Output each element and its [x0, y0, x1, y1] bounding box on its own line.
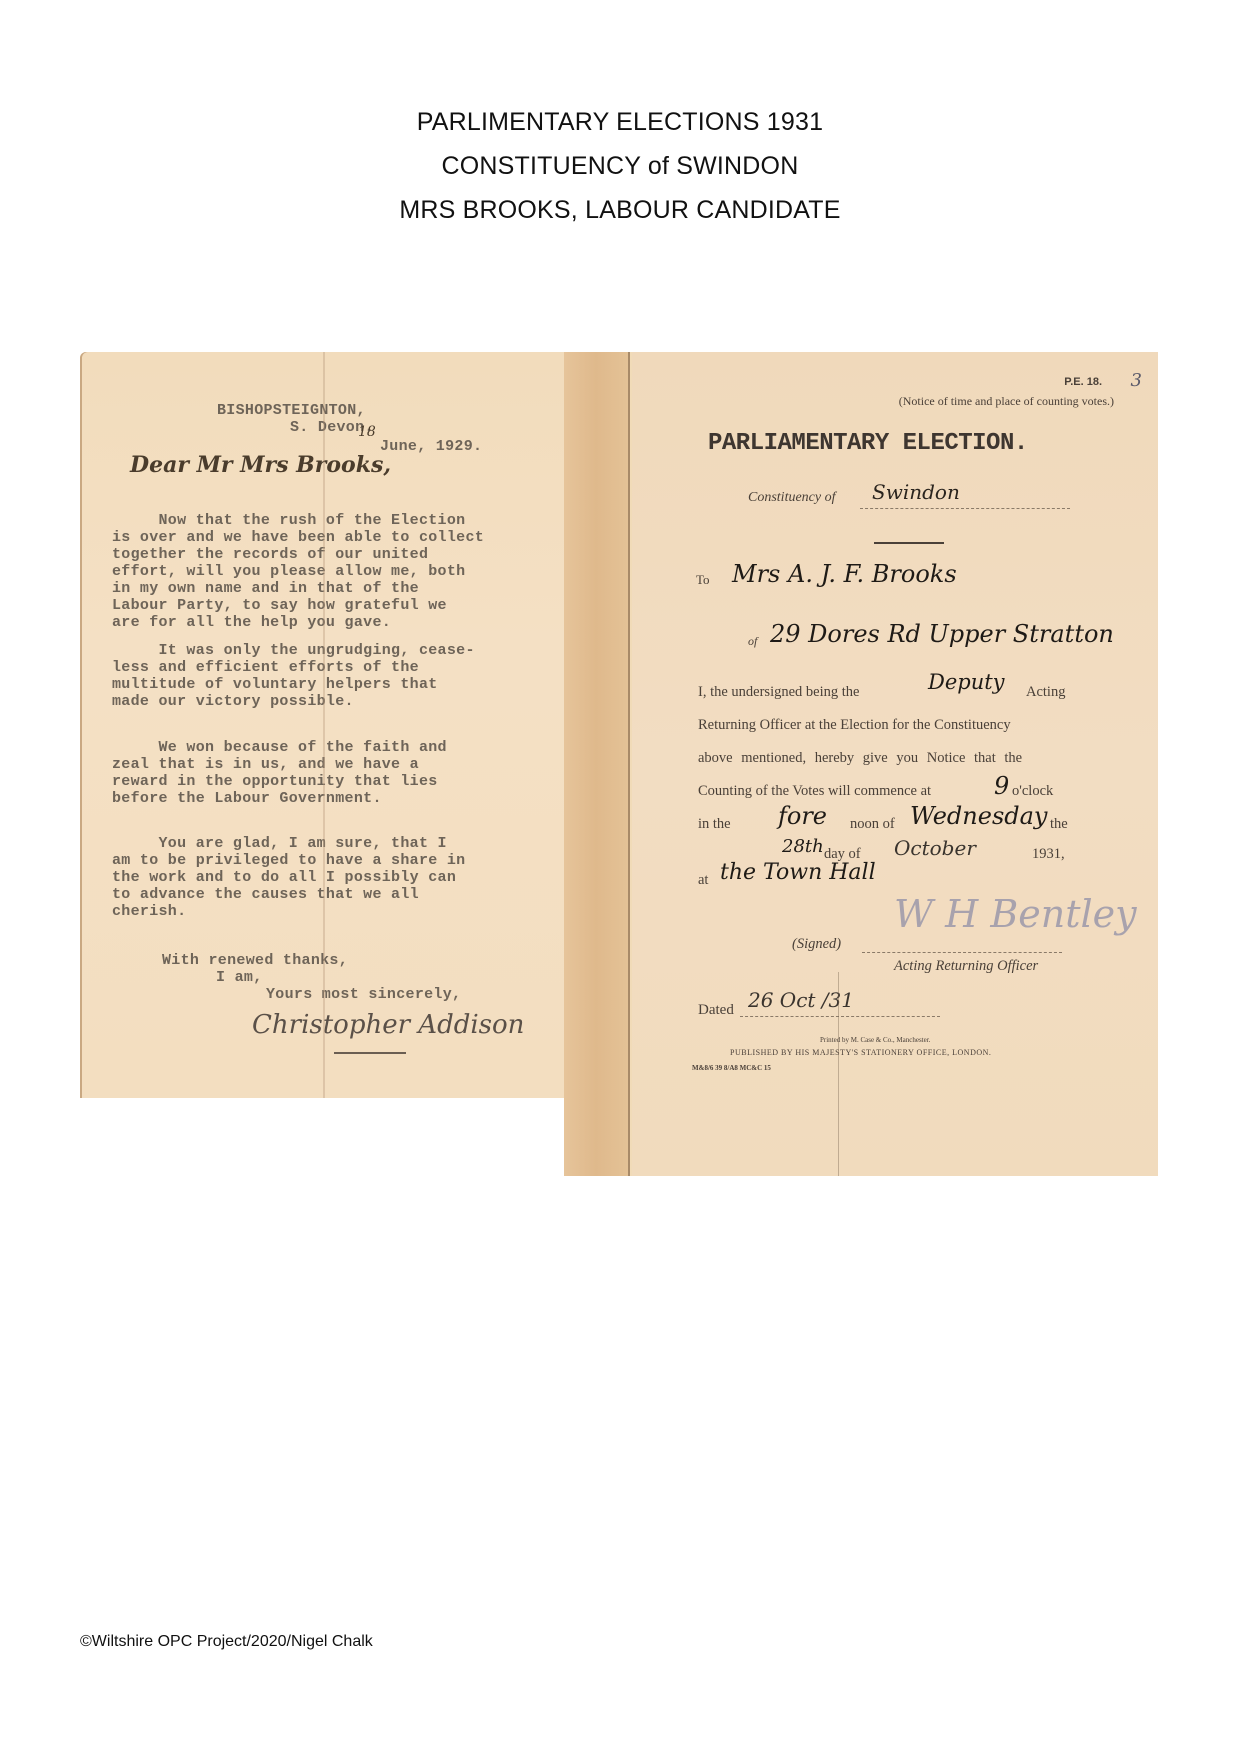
body-line-1-pre: I, the undersigned being the [698, 684, 859, 701]
letter-closing-1: With renewed thanks, [162, 952, 348, 969]
officer-title: Acting Returning Officer [894, 958, 1038, 975]
signature-line [862, 952, 1062, 953]
body-line-7-pre: at [698, 872, 708, 889]
publisher-line: PUBLISHED BY HIS MAJESTY'S STATIONERY OF… [730, 1048, 991, 1057]
dated-line [740, 1016, 940, 1017]
page-mark: 3 [1131, 370, 1142, 391]
count-day: 28th [782, 836, 824, 857]
page-header: PARLIMENTARY ELECTIONS 1931 CONSTITUENCY… [0, 100, 1240, 232]
letter-salutation: Dear Mr Mrs Brooks, [130, 452, 391, 478]
dated-label: Dated [698, 1002, 734, 1019]
form-print-code: M&8/6 39 8/A8 MC&C 15 [692, 1064, 771, 1072]
binding-strip [564, 352, 630, 1176]
signed-label: (Signed) [792, 936, 841, 953]
letter-paragraph-1: Now that the rush of the Election is ove… [112, 512, 484, 631]
count-venue: the Town Hall [720, 860, 876, 885]
recipient-address: 29 Dores Rd Upper Stratton [770, 620, 1114, 648]
letter-signature: Christopher Addison [252, 1010, 524, 1040]
constituency-label: Constituency of [748, 490, 836, 506]
recipient-name: Mrs A. J. F. Brooks [732, 560, 957, 588]
document-photo: BISHOPSTEIGNTON, S. Devon. 18 June, 1929… [80, 352, 1158, 1176]
to-label: To [696, 572, 710, 588]
separator [874, 542, 944, 544]
letter-date-day: 18 [358, 424, 376, 440]
body-line-5-mid: noon of [850, 816, 895, 833]
body-line-5-post: the [1050, 816, 1068, 833]
body-line-3: above mentioned, hereby give you Notice … [698, 750, 1022, 767]
printer-line: Printed by M. Case & Co., Manchester. [820, 1036, 930, 1044]
body-line-4-post: o'clock [1012, 783, 1053, 800]
signature-underline [334, 1052, 406, 1054]
dated-value: 26 Oct /31 [748, 988, 854, 1012]
letter-address-line1: BISHOPSTEIGNTON, [217, 402, 366, 419]
body-line-5-pre: in the [698, 816, 731, 833]
letter-date: June, 1929. [380, 438, 482, 455]
officer-role: Deputy [928, 670, 1005, 694]
letter-paragraph-2: It was only the ungrudging, cease- less … [112, 642, 475, 710]
of-label: of [748, 634, 757, 649]
form-subtitle: (Notice of time and place of counting vo… [899, 394, 1114, 409]
count-month: October [894, 836, 976, 860]
notice-form: P.E. 18. 3 (Notice of time and place of … [632, 352, 1158, 1176]
form-title: PARLIAMENTARY ELECTION. [708, 430, 1028, 457]
count-weekday: Wednesday [910, 802, 1047, 830]
constituency-line [860, 508, 1070, 509]
count-hour: 9 [994, 772, 1009, 800]
header-constituency: CONSTITUENCY of SWINDON [0, 144, 1240, 188]
officer-signature: W H Bentley [894, 892, 1137, 936]
count-period: fore [778, 802, 827, 830]
body-line-1-post: Acting [1026, 684, 1065, 701]
body-line-4-pre: Counting of the Votes will commence at [698, 783, 931, 800]
letter-paragraph-3: We won because of the faith and zeal tha… [112, 739, 447, 807]
form-code: P.E. 18. [1064, 376, 1102, 388]
copyright-footer: ©Wiltshire OPC Project/2020/Nigel Chalk [80, 1633, 373, 1651]
count-year: 1931, [1032, 846, 1065, 863]
header-title: PARLIMENTARY ELECTIONS 1931 [0, 100, 1240, 144]
body-line-2: Returning Officer at the Election for th… [698, 717, 1011, 734]
constituency-value: Swindon [872, 480, 960, 504]
letter: BISHOPSTEIGNTON, S. Devon. 18 June, 1929… [80, 352, 564, 1098]
header-candidate: MRS BROOKS, LABOUR CANDIDATE [0, 188, 1240, 232]
letter-closing-2: I am, [216, 969, 263, 986]
letter-closing-3: Yours most sincerely, [266, 986, 461, 1003]
letter-paragraph-4: You are glad, I am sure, that I am to be… [112, 835, 465, 920]
